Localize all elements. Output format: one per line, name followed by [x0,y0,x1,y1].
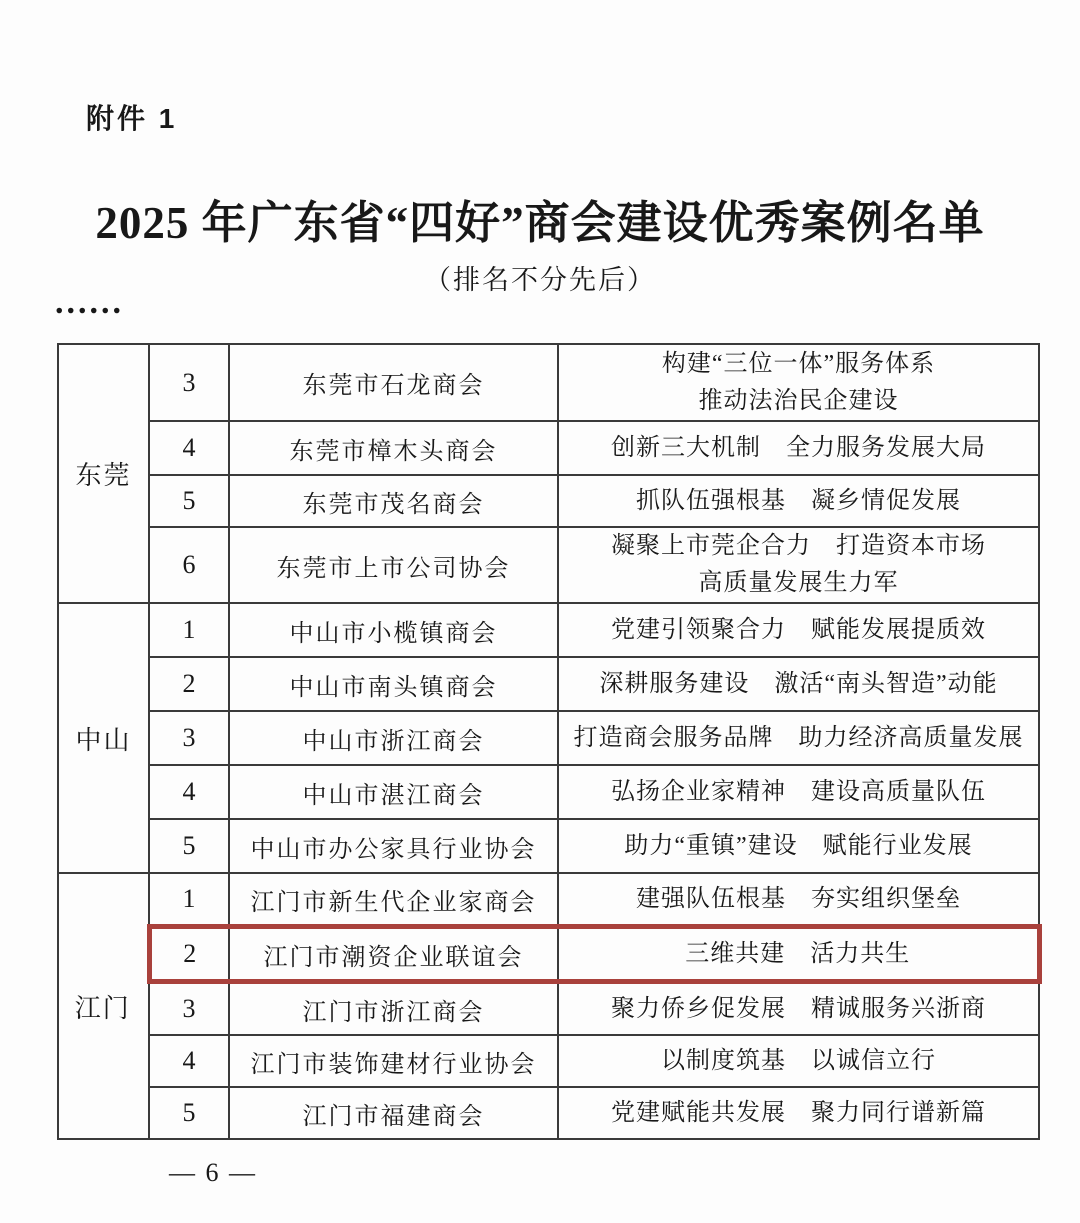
chamber-name-cell: 中山市办公家具行业协会 [229,819,558,873]
chamber-name-cell: 东莞市上市公司协会 [229,527,558,603]
city-cell-zhongshan: 中山 [58,603,149,873]
document-subtitle: （排名不分先后） [0,258,1080,297]
rank-cell: 2 [149,657,229,711]
case-title-cell: 党建赋能共发展 聚力同行谱新篇 [558,1087,1039,1139]
document-page: 附件 1 2025 年广东省“四好”商会建设优秀案例名单 （排名不分先后） ..… [0,0,1080,1223]
rank-cell: 4 [149,421,229,475]
case-title-cell: 凝聚上市莞企合力 打造资本市场 高质量发展生力军 [558,527,1039,603]
case-title-cell: 创新三大机制 全力服务发展大局 [558,421,1039,475]
case-title-cell: 建强队伍根基 夯实组织堡垒 [558,873,1039,927]
page-number: — 6 — [148,1158,278,1188]
chamber-name-cell: 中山市湛江商会 [229,765,558,819]
chamber-name-cell: 中山市南头镇商会 [229,657,558,711]
city-cell-dongguan: 东莞 [58,344,149,603]
table-row: 5 中山市办公家具行业协会 助力“重镇”建设 赋能行业发展 [58,819,1039,873]
case-title-cell: 以制度筑基 以诚信立行 [558,1035,1039,1087]
chamber-name-cell: 江门市装饰建材行业协会 [229,1035,558,1087]
rank-cell: 4 [149,765,229,819]
table-row: 江门 1 江门市新生代企业家商会 建强队伍根基 夯实组织堡垒 [58,873,1039,927]
case-list-table: 东莞 3 东莞市石龙商会 构建“三位一体”服务体系 推动法治民企建设 4 东莞市… [57,343,1042,1140]
chamber-name-cell: 东莞市樟木头商会 [229,421,558,475]
table-row: 4 江门市装饰建材行业协会 以制度筑基 以诚信立行 [58,1035,1039,1087]
case-title-cell: 聚力侨乡促发展 精诚服务兴浙商 [558,982,1039,1036]
chamber-name-cell: 江门市浙江商会 [229,982,558,1036]
omitted-rows-ellipsis: ...... [55,284,124,322]
city-cell-jiangmen: 江门 [58,873,149,1139]
rank-cell: 3 [149,711,229,765]
table-row: 东莞 3 东莞市石龙商会 构建“三位一体”服务体系 推动法治民企建设 [58,344,1039,421]
chamber-name-cell: 江门市潮资企业联谊会 [229,927,558,982]
table-row: 5 东莞市茂名商会 抓队伍强根基 凝乡情促发展 [58,475,1039,527]
rank-cell: 5 [149,475,229,527]
rank-cell: 6 [149,527,229,603]
rank-cell: 5 [149,819,229,873]
attachment-label: 附件 1 [86,97,177,137]
table-row: 3 江门市浙江商会 聚力侨乡促发展 精诚服务兴浙商 [58,982,1039,1036]
rank-cell: 5 [149,1087,229,1139]
table-row: 4 东莞市樟木头商会 创新三大机制 全力服务发展大局 [58,421,1039,475]
case-title-cell: 打造商会服务品牌 助力经济高质量发展 [558,711,1039,765]
case-title-cell: 抓队伍强根基 凝乡情促发展 [558,475,1039,527]
chamber-name-cell: 东莞市石龙商会 [229,344,558,421]
rank-cell: 4 [149,1035,229,1087]
chamber-name-cell: 江门市新生代企业家商会 [229,873,558,927]
rank-cell: 1 [149,873,229,927]
chamber-name-cell: 东莞市茂名商会 [229,475,558,527]
table-row: 4 中山市湛江商会 弘扬企业家精神 建设高质量队伍 [58,765,1039,819]
rank-cell: 3 [149,982,229,1036]
case-title-cell: 弘扬企业家精神 建设高质量队伍 [558,765,1039,819]
rank-cell: 3 [149,344,229,421]
case-title-cell: 三维共建 活力共生 [558,927,1039,982]
case-title-cell: 党建引领聚合力 赋能发展提质效 [558,603,1039,657]
table-row: 6 东莞市上市公司协会 凝聚上市莞企合力 打造资本市场 高质量发展生力军 [58,527,1039,603]
rank-cell: 1 [149,603,229,657]
table-row: 5 江门市福建商会 党建赋能共发展 聚力同行谱新篇 [58,1087,1039,1139]
table-row: 3 中山市浙江商会 打造商会服务品牌 助力经济高质量发展 [58,711,1039,765]
table-row: 2 中山市南头镇商会 深耕服务建设 激活“南头智造”动能 [58,657,1039,711]
case-title-cell: 助力“重镇”建设 赋能行业发展 [558,819,1039,873]
chamber-name-cell: 中山市浙江商会 [229,711,558,765]
case-title-cell: 构建“三位一体”服务体系 推动法治民企建设 [558,344,1039,421]
highlighted-row: 2 江门市潮资企业联谊会 三维共建 活力共生 [58,927,1039,982]
document-title: 2025 年广东省“四好”商会建设优秀案例名单 [0,186,1080,251]
chamber-name-cell: 江门市福建商会 [229,1087,558,1139]
table-row: 中山 1 中山市小榄镇商会 党建引领聚合力 赋能发展提质效 [58,603,1039,657]
rank-cell: 2 [149,927,229,982]
case-title-cell: 深耕服务建设 激活“南头智造”动能 [558,657,1039,711]
chamber-name-cell: 中山市小榄镇商会 [229,603,558,657]
